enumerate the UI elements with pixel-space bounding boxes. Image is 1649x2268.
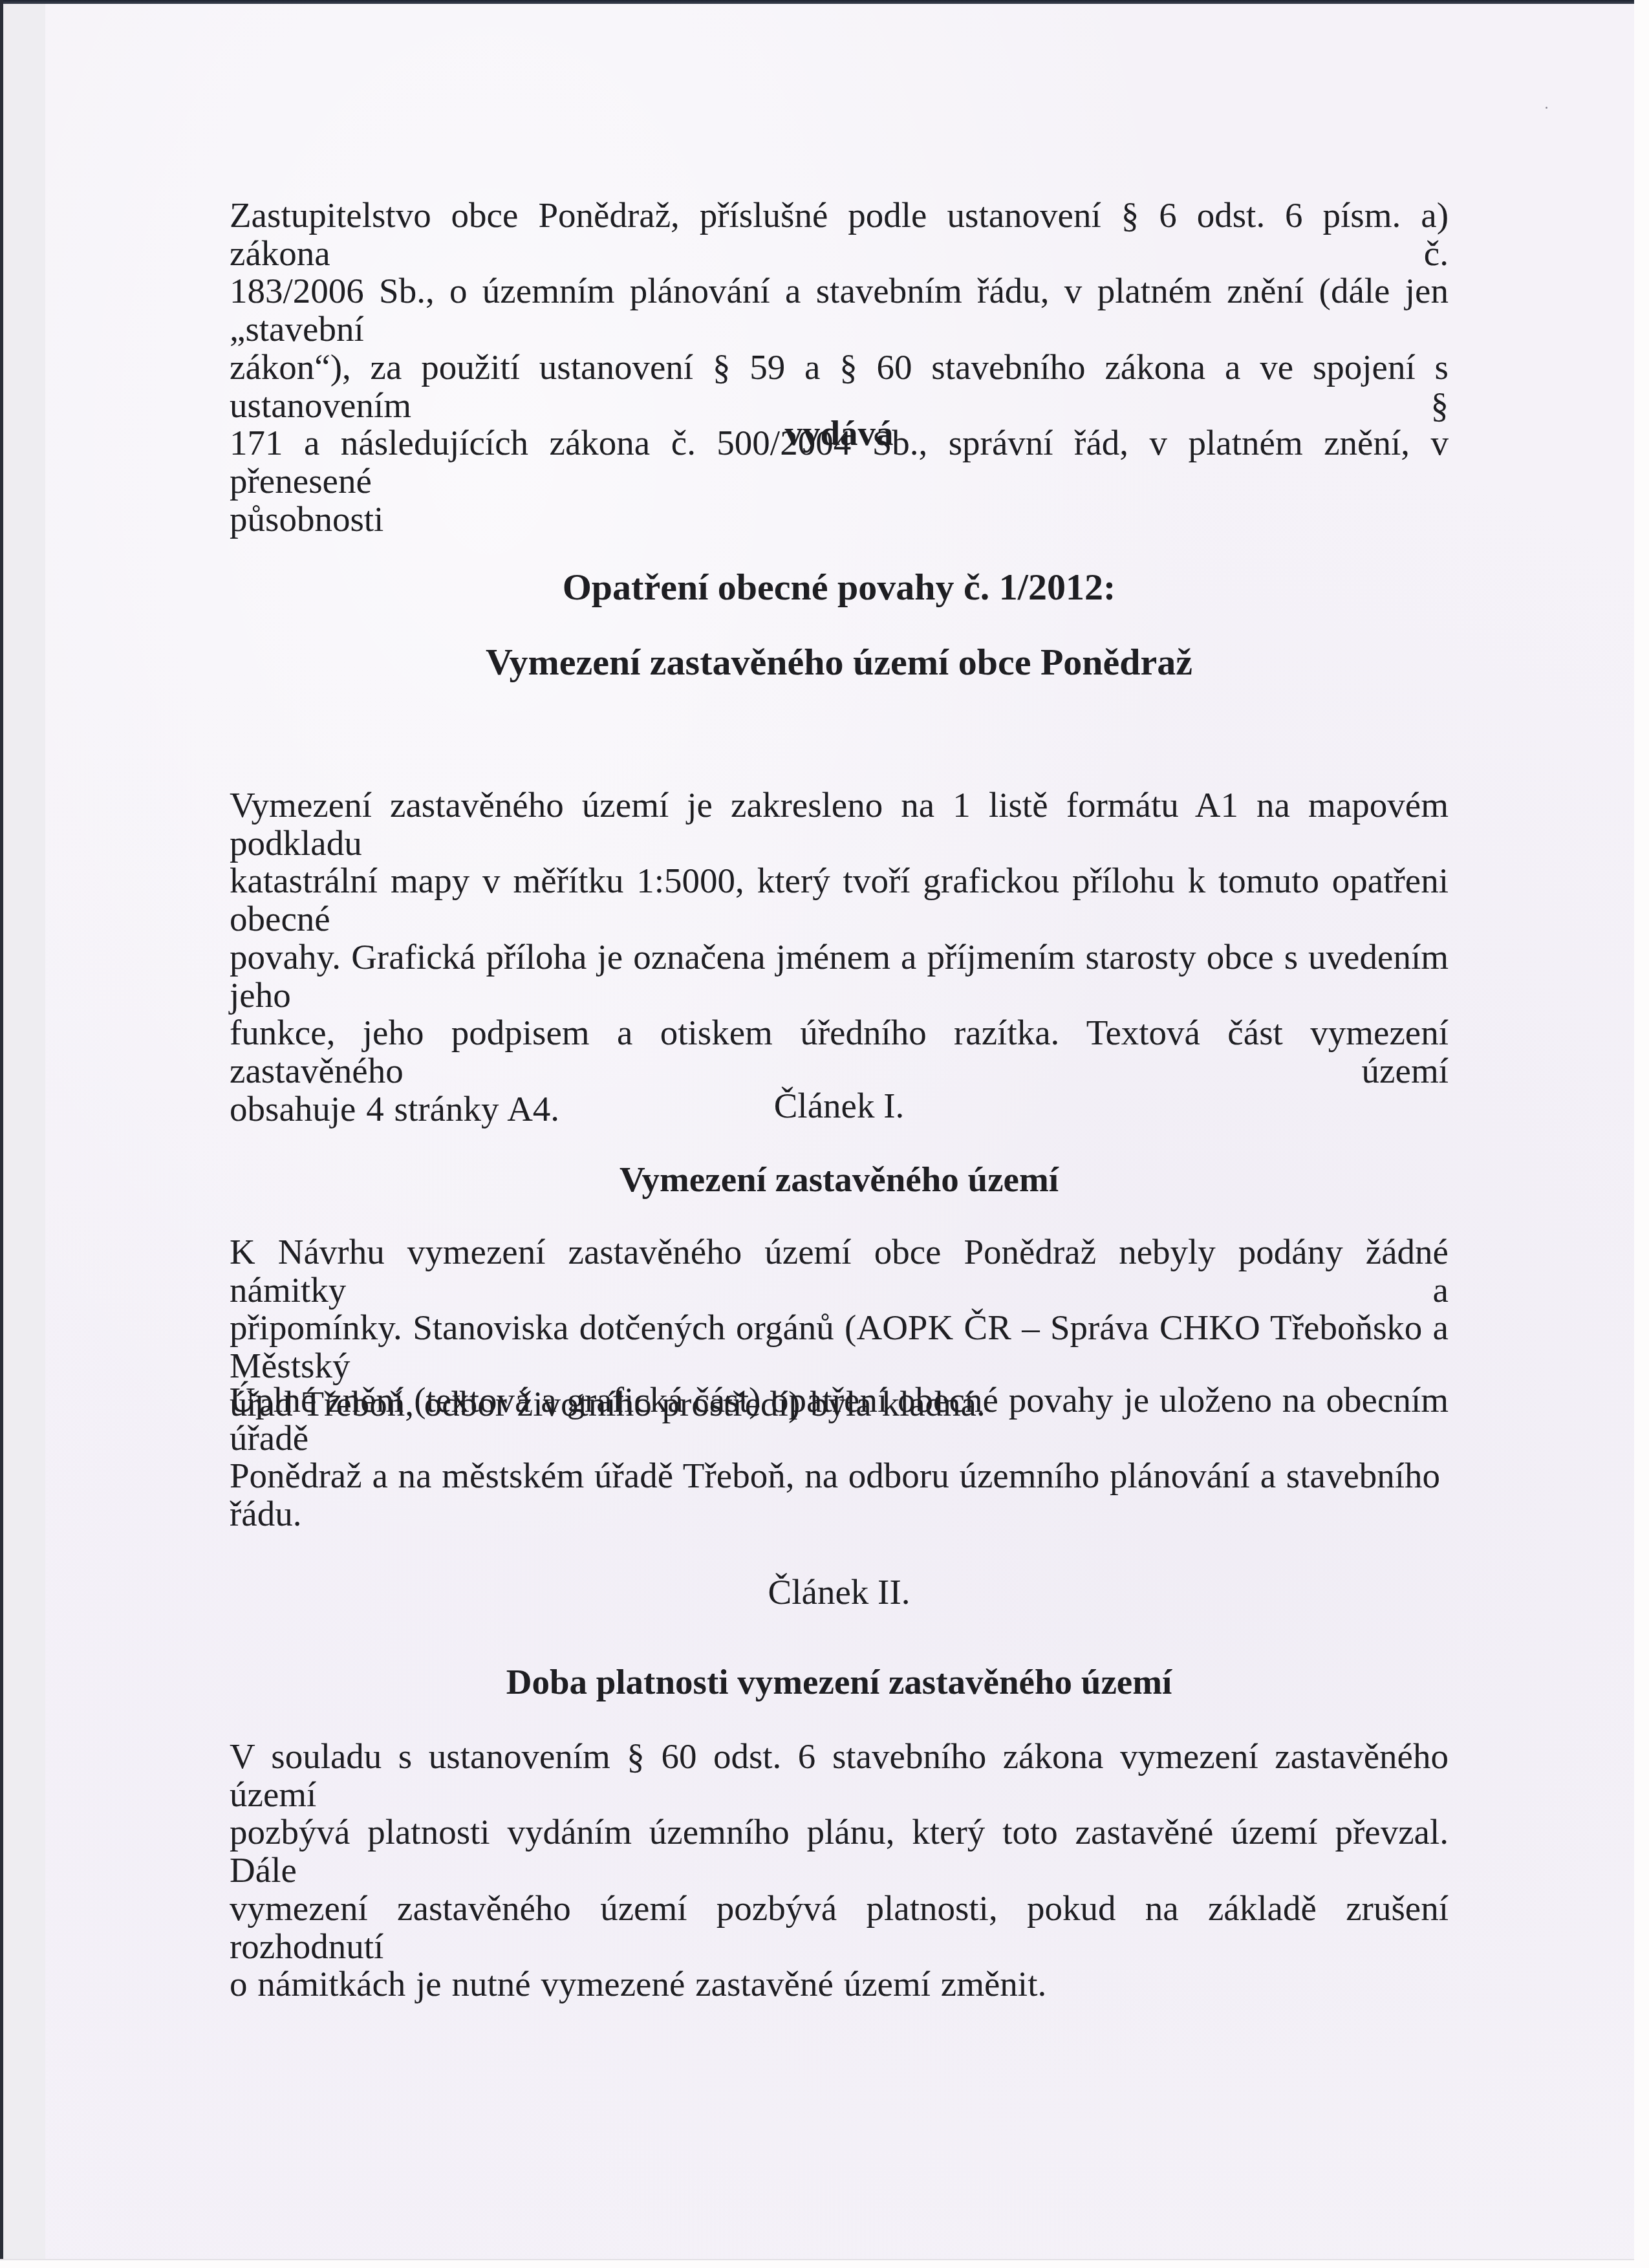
scan-top-edge [0, 0, 1634, 4]
article-line: o námitkách je nutné vymezené zastavěné … [230, 1965, 1449, 2003]
description-line: funkce, jeho podpisem a otiskem úředního… [230, 1014, 1449, 1090]
description-line: povahy. Grafická příloha je označena jmé… [230, 938, 1449, 1014]
scan-bottom-edge [0, 2259, 1634, 2260]
measure-title: Opatření obecné povahy č. 1/2012: [230, 568, 1449, 607]
intro-line: působnosti [230, 501, 1449, 539]
intro-line: 183/2006 Sb., o územním plánování a stav… [230, 272, 1449, 348]
article-line: V souladu s ustanovením § 60 odst. 6 sta… [230, 1738, 1449, 1813]
article-line: připomínky. Stanoviska dotčených orgánů … [230, 1309, 1449, 1385]
description-paragraph: Vymezení zastavěného území je zakresleno… [230, 786, 1449, 1128]
article-paragraph: V souladu s ustanovením § 60 odst. 6 sta… [230, 1738, 1449, 2003]
article-line: K Návrhu vymezení zastavěného území obce… [230, 1233, 1449, 1309]
article-paragraph: Úplné znění (textová a grafická část) op… [230, 1381, 1449, 1533]
article-number: Článek I. [230, 1086, 1449, 1125]
scan-speck [1546, 107, 1547, 109]
measure-subtitle: Vymezení zastavěného území obce Ponědraž [230, 643, 1449, 682]
scan-left-shadow [3, 4, 45, 2260]
description-line: Vymezení zastavěného území je zakresleno… [230, 786, 1449, 862]
intro-line: Zastupitelstvo obce Ponědraž, příslušné … [230, 197, 1449, 272]
article-heading: Vymezení zastavěného území [230, 1160, 1449, 1199]
article-line: vymezení zastavěného území pozbývá platn… [230, 1890, 1449, 1965]
description-line: katastrální mapy v měřítku 1:5000, který… [230, 862, 1449, 938]
article-line: pozbývá platnosti vydáním územního plánu… [230, 1813, 1449, 1889]
intro-paragraph: Zastupitelstvo obce Ponědraž, příslušné … [230, 197, 1449, 538]
article-line: Ponědraž a na městském úřadě Třeboň, na … [230, 1457, 1449, 1533]
scanned-page: Zastupitelstvo obce Ponědraž, příslušné … [0, 0, 1634, 2260]
article-heading: Doba platnosti vymezení zastavěného územ… [230, 1663, 1449, 1701]
article-line: Úplné znění (textová a grafická část) op… [230, 1381, 1449, 1457]
issues-label: vydává [230, 414, 1449, 453]
article-number: Článek II. [230, 1573, 1449, 1612]
